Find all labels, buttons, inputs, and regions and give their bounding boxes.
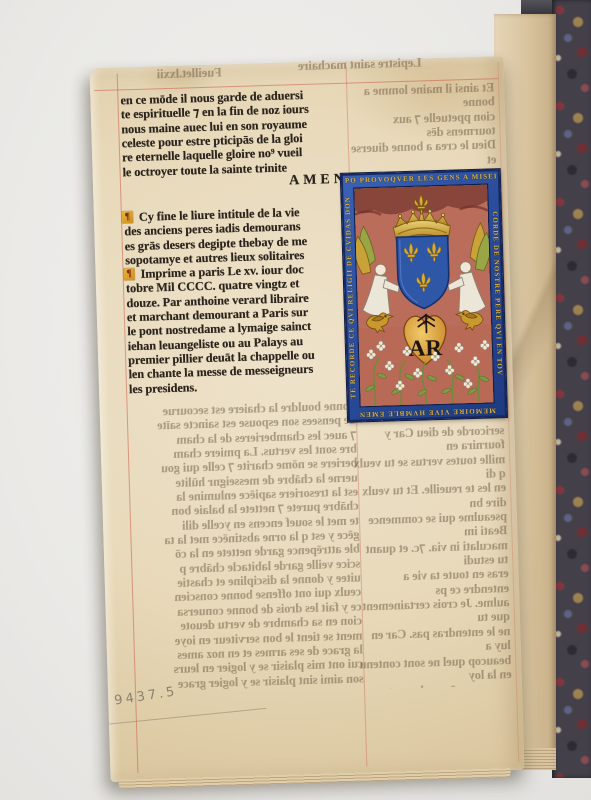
showthrough-running-title: Lepistre saint machaire [261, 55, 421, 74]
book-page: Fueillet.lxxii Lepistre saint machaire e… [90, 56, 525, 782]
explicit-paragraph: Cy fine le liure intitule de la vie des … [124, 204, 354, 268]
pencil-underline [109, 708, 266, 725]
device-illustration: AR [354, 185, 493, 407]
closing-paragraph: en ce mōde il nous garde de aduersi te e… [120, 87, 350, 180]
stacked-leaves-bottom [119, 768, 511, 789]
showthrough-right-top: Et ainsi il maine lomme a bonne cion ppe… [342, 80, 497, 172]
showthrough-right-column: sericorde de dieu Car y fournira en mill… [352, 423, 512, 689]
pencil-shelfmark: 9437.5 [113, 684, 178, 708]
marbled-cover [552, 0, 591, 778]
printer-device-miniature: PO PROVOQVER LES GENS A MISERI CORDE DE … [341, 169, 507, 422]
device-interior: AR [354, 185, 493, 407]
colophon-paragraph: Imprime a paris Le xv. iour doc tobre Mi… [125, 261, 357, 397]
showthrough-left-column: bonne bouldre la chaiere est secourue de… [128, 399, 365, 698]
showthrough-folio-number: Fueillet.lxxii [120, 65, 222, 82]
photograph-of-book: Fueillet.lxxii Lepistre saint machaire e… [0, 0, 591, 800]
heart-monogram: AR [404, 314, 447, 365]
